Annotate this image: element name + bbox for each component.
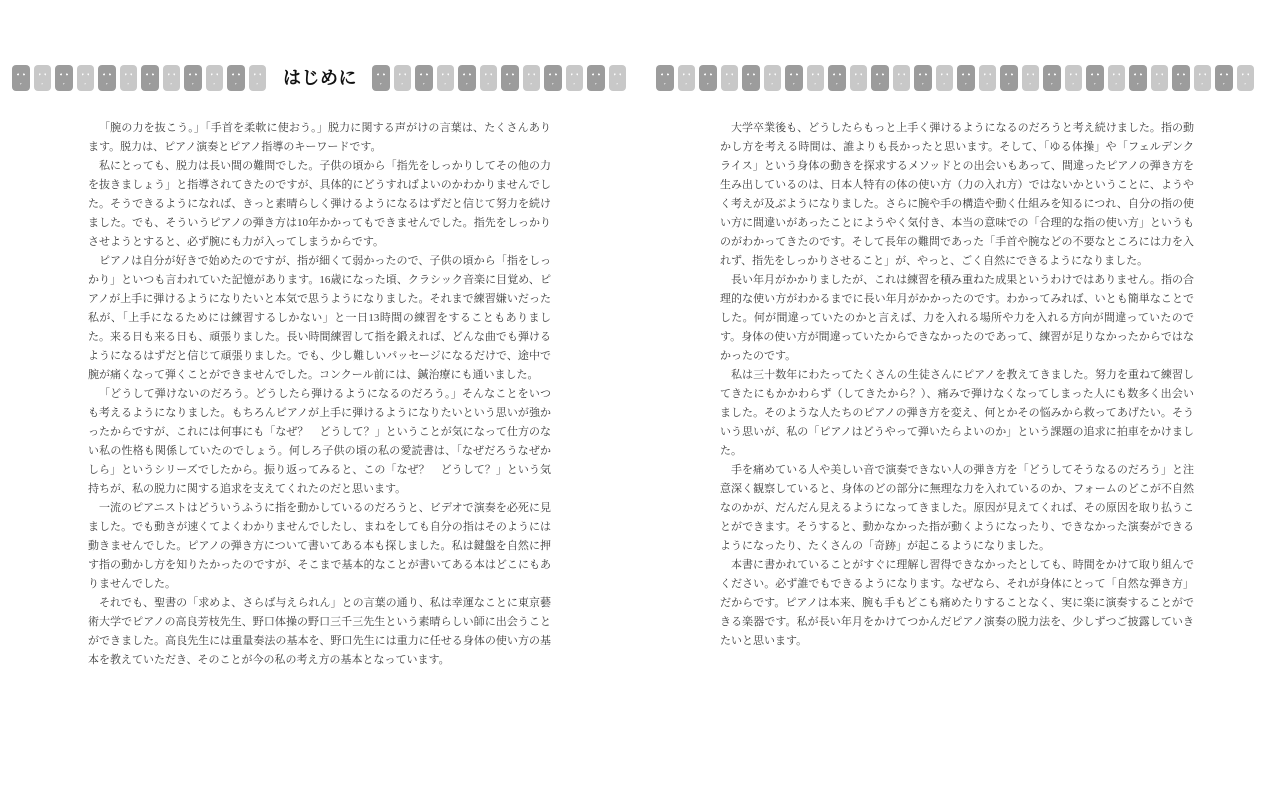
paragraph: それでも、聖書の「求めよ、さらば与えられん」との言葉の通り、私は幸運なことに東京…: [88, 594, 551, 670]
pattern-tile-icon: [764, 65, 782, 91]
paragraph: 「腕の力を抜こう。」「手首を柔軟に使おう。」脱力に関する声がけの言葉は、たくさん…: [88, 119, 551, 157]
pattern-tile-icon: [163, 65, 181, 91]
decorative-band-middle: [372, 65, 626, 91]
pattern-tile-icon: [699, 65, 717, 91]
pattern-tile-icon: [1172, 65, 1190, 91]
paragraph: 一流のピアニストはどういうふうに指を動かしているのだろうと、ビデオで演奏を必死に…: [88, 499, 551, 594]
pattern-tile-icon: [828, 65, 846, 91]
pattern-tile-icon: [1065, 65, 1083, 91]
pattern-tile-icon: [678, 65, 696, 91]
pattern-tile-icon: [1237, 65, 1255, 91]
book-spread: はじめに 「腕の力を抜こう。」「手首を柔軟に使おう。」脱力に関する声がけの言葉は…: [0, 0, 1280, 790]
paragraph: 私にとっても、脱力は長い間の難問でした。子供の頃から「指先をしっかりしてその他の…: [88, 157, 551, 252]
pattern-tile-icon: [437, 65, 455, 91]
pattern-tile-icon: [1022, 65, 1040, 91]
pattern-tile-icon: [914, 65, 932, 91]
pattern-tile-icon: [566, 65, 584, 91]
pattern-tile-icon: [372, 65, 390, 91]
pattern-tile-icon: [55, 65, 73, 91]
pattern-tile-icon: [850, 65, 868, 91]
pattern-tile-icon: [1194, 65, 1212, 91]
pattern-tile-icon: [1086, 65, 1104, 91]
pattern-tile-icon: [609, 65, 627, 91]
left-page: 「腕の力を抜こう。」「手首を柔軟に使おう。」脱力に関する声がけの言葉は、たくさん…: [88, 119, 551, 670]
pattern-tile-icon: [415, 65, 433, 91]
pattern-tile-icon: [587, 65, 605, 91]
pattern-tile-icon: [523, 65, 541, 91]
paragraph: 「どうして弾けないのだろう。どうしたら弾けるようになるのだろう。」そんなことをい…: [88, 385, 551, 499]
pattern-tile-icon: [141, 65, 159, 91]
pattern-tile-icon: [120, 65, 138, 91]
pattern-tile-icon: [184, 65, 202, 91]
pattern-tile-icon: [721, 65, 739, 91]
paragraph: 長い年月がかかりましたが、これは練習を積み重ねた成果というわけではありません。指…: [720, 271, 1194, 366]
pattern-tile-icon: [742, 65, 760, 91]
pattern-tile-icon: [1043, 65, 1061, 91]
paragraph: 大学卒業後も、どうしたらもっと上手く弾けるようになるのだろうと考え続けました。指…: [720, 119, 1194, 271]
pattern-tile-icon: [979, 65, 997, 91]
pattern-tile-icon: [807, 65, 825, 91]
paragraph: 本書に書かれていることがすぐに理解し習得できなかったとしても、時間をかけて取り組…: [720, 556, 1194, 651]
pattern-tile-icon: [501, 65, 519, 91]
right-page: 大学卒業後も、どうしたらもっと上手く弾けるようになるのだろうと考え続けました。指…: [720, 119, 1194, 651]
pattern-tile-icon: [394, 65, 412, 91]
pattern-tile-icon: [893, 65, 911, 91]
pattern-tile-icon: [1129, 65, 1147, 91]
pattern-tile-icon: [1151, 65, 1169, 91]
pattern-tile-icon: [206, 65, 224, 91]
pattern-tile-icon: [1215, 65, 1233, 91]
pattern-tile-icon: [957, 65, 975, 91]
pattern-tile-icon: [544, 65, 562, 91]
paragraph: 私は三十数年にわたってたくさんの生徒さんにピアノを教えてきました。努力を重ねて練…: [720, 366, 1194, 461]
pattern-tile-icon: [1108, 65, 1126, 91]
page-title: はじめに: [278, 64, 362, 92]
decorative-band-right: [656, 65, 1254, 91]
pattern-tile-icon: [785, 65, 803, 91]
pattern-tile-icon: [12, 65, 30, 91]
pattern-tile-icon: [249, 65, 267, 91]
pattern-tile-icon: [227, 65, 245, 91]
pattern-tile-icon: [871, 65, 889, 91]
pattern-tile-icon: [77, 65, 95, 91]
pattern-tile-icon: [656, 65, 674, 91]
paragraph: 手を痛めている人や美しい音で演奏できない人の弾き方を「どうしてそうなるのだろう」…: [720, 461, 1194, 556]
header: はじめに: [0, 64, 1280, 92]
paragraph: ピアノは自分が好きで始めたのですが、指が細くて弱かったので、子供の頃から「指をし…: [88, 252, 551, 385]
pattern-tile-icon: [34, 65, 52, 91]
pattern-tile-icon: [1000, 65, 1018, 91]
pattern-tile-icon: [936, 65, 954, 91]
pattern-tile-icon: [458, 65, 476, 91]
pattern-tile-icon: [480, 65, 498, 91]
decorative-band-left: [12, 65, 266, 91]
pattern-tile-icon: [98, 65, 116, 91]
